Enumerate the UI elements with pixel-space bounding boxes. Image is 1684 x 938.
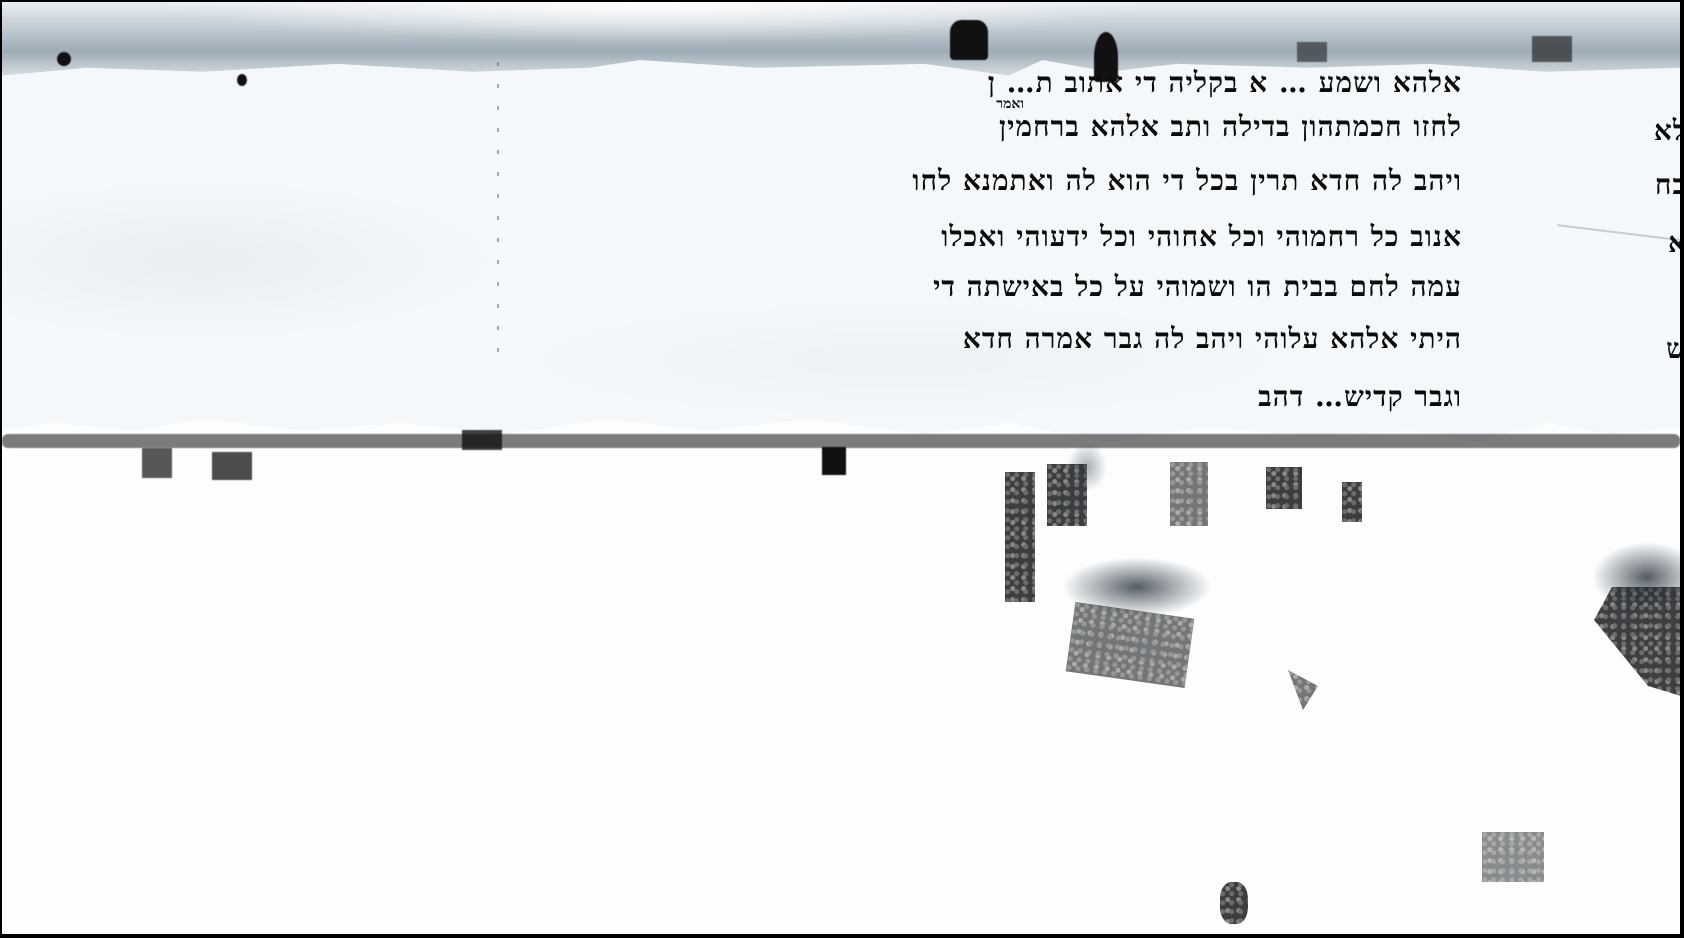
scroll-photograph: אלהא ושמע … א בקליה די אתוב ת… ן ואמר לח… xyxy=(2,2,1680,934)
parchment-damage xyxy=(950,20,988,60)
next-column-fragments: לא בח א ש xyxy=(1617,60,1680,460)
scroll-fragment xyxy=(1220,882,1248,924)
next-col-line-3: א xyxy=(1668,226,1680,260)
text-line-3: ויהב לה חדא תרין בכל די הוא לה ואתמנא לח… xyxy=(912,164,1462,198)
parchment-damage xyxy=(1297,42,1327,62)
text-line-1: אלהא ושמע … א בקליה די אתוב ת… ן xyxy=(988,66,1462,100)
torn-edge xyxy=(142,448,172,478)
torn-edge xyxy=(462,430,502,450)
scroll-fragment xyxy=(1288,670,1318,710)
text-line-5: עמה לחם בבית הו ושמוהי על כל באישתה די xyxy=(933,270,1462,304)
text-line-2: לחזו חכמתהון בדילה ותב אלהא ברחמין xyxy=(999,110,1462,144)
next-col-line-4: ש xyxy=(1666,332,1680,366)
scroll-fragment xyxy=(1005,472,1035,602)
text-line-4: אנוב כל רחמוהי וכל אחוהי וכל ידעוהי ואכל… xyxy=(941,220,1462,254)
shadow-blur xyxy=(1062,557,1212,617)
parchment-damage xyxy=(1532,36,1572,62)
text-line-7: וגבר קדיש… דהב xyxy=(1258,380,1462,414)
scroll-fragment xyxy=(1342,482,1362,522)
scroll-fragment xyxy=(1482,832,1544,882)
parchment-damage xyxy=(57,52,71,66)
text-line-6: היתי אלהא עלוהי ויהב לה גבר אמרה חדא xyxy=(963,322,1462,356)
parchment-damage xyxy=(237,74,247,86)
next-col-line-1: לא xyxy=(1654,114,1680,148)
top-glare xyxy=(2,2,1680,62)
torn-edge xyxy=(212,452,252,480)
next-col-line-2: בח xyxy=(1655,168,1680,202)
main-text-column: אלהא ושמע … א בקליה די אתוב ת… ן ואמר לח… xyxy=(622,60,1462,480)
fold-line xyxy=(497,62,499,362)
